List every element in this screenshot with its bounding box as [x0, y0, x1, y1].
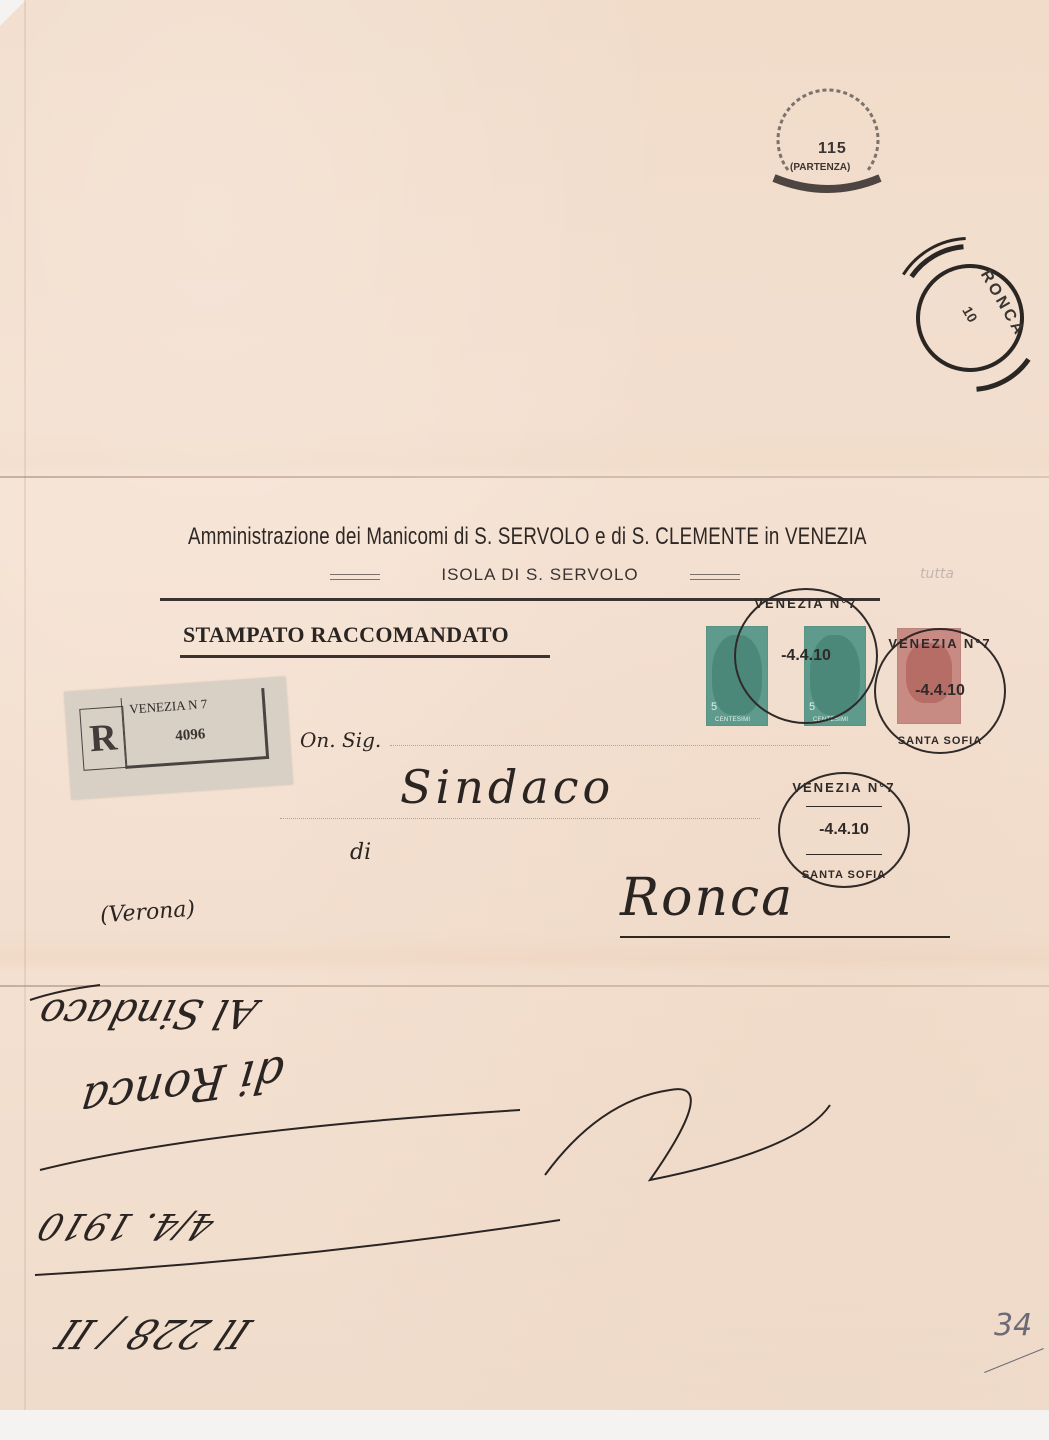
flourish-strokes: [0, 0, 1049, 1410]
pencil-folio-number: 34: [994, 1308, 1032, 1343]
letter-sheet: 115 (PARTENZA) RONCA 10 Amministrazione …: [0, 0, 1049, 1410]
